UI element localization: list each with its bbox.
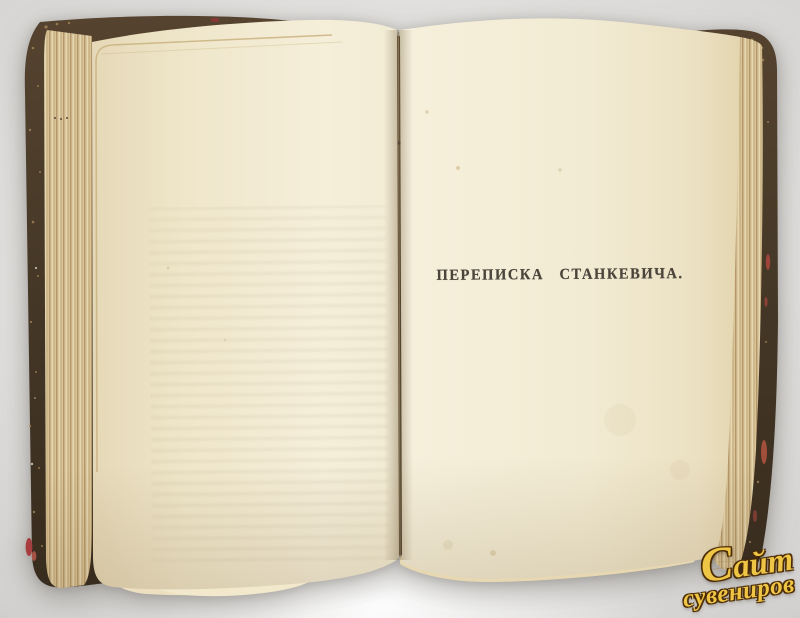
page-edges-left: [44, 30, 92, 588]
showthrough-text: [148, 205, 390, 563]
right-page-bottom-shade: [400, 18, 740, 579]
photo-backdrop: ПЕРЕПИСКА СТАНКЕВИЧА. Сайт сувениров: [0, 0, 800, 618]
page-heading: ПЕРЕПИСКА СТАНКЕВИЧА.: [411, 265, 708, 285]
open-book-photo: [0, 0, 800, 618]
